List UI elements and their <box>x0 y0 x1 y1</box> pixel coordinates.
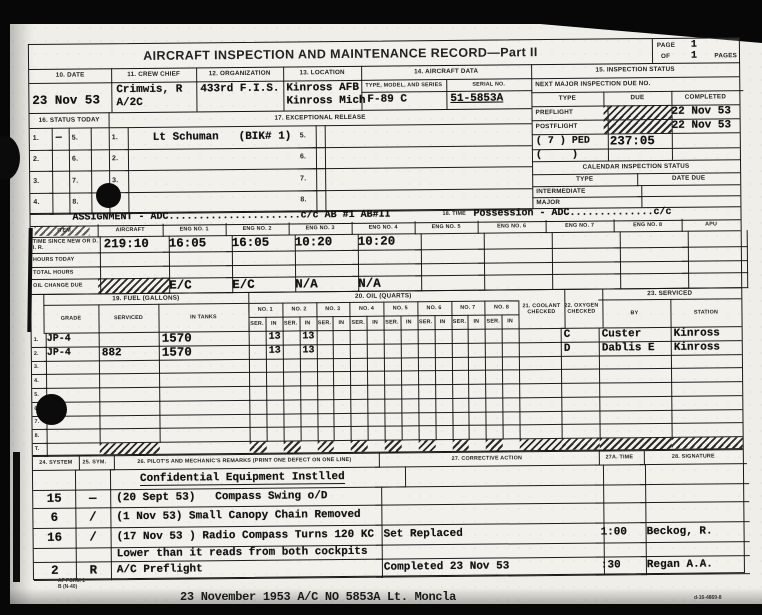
oil-qty-cell <box>266 386 284 401</box>
oil-sub-in: IN <box>299 316 317 331</box>
oil-qty-cell: 13 <box>299 330 317 345</box>
oil-qty-cell <box>486 397 504 412</box>
oil-qty-cell <box>266 413 284 428</box>
oil-qty-cell <box>485 342 503 357</box>
signature-cell-value: Beckog, R. <box>647 525 713 538</box>
inspection-status-block: 15. INSPECTION STATUS NEXT MAJOR INSPECT… <box>531 62 740 208</box>
system-cell-value: 2 <box>51 564 59 578</box>
time-value-cell <box>614 231 689 249</box>
form-title: AIRCRAFT INSPECTION AND MAINTENANCE RECO… <box>143 45 538 63</box>
organization-cell: 433rd F.I.S. <box>196 81 284 112</box>
form-number: AF FORM 1 B (N-40) <box>58 578 85 590</box>
sym-cell-value: R <box>90 563 98 577</box>
oil-qty-cell <box>503 411 521 426</box>
oil-qty-cell <box>502 397 520 412</box>
oil-qty-cell <box>317 399 335 414</box>
crew-chief-name: Crimwis, R <box>116 84 182 97</box>
corrective-cell-value: Completed 23 Nov 53 <box>384 560 510 573</box>
of-label: OF <box>661 53 670 60</box>
crew-chief-rank: A/2C <box>116 97 143 109</box>
oil-qty-cell <box>435 411 453 426</box>
fuel-in-tanks-cell-value: 1570 <box>159 345 192 359</box>
service-total-hatch <box>600 438 672 450</box>
signature-cell <box>640 483 749 503</box>
oil-sub-ser: SER. <box>451 315 469 330</box>
fuel-grade-cell-value: JP-4 <box>44 348 71 359</box>
oil-qty-cell <box>400 329 418 344</box>
coolant-header: 21. COOLANT CHECKED <box>518 290 565 329</box>
footer-caption: 23 November 1953 A/C NO 5853A Lt. Moncla <box>180 590 456 604</box>
serviced-col-by: BY <box>598 299 671 329</box>
oxygen-cell-value: C <box>561 329 571 341</box>
oil-qty-cell <box>435 425 453 440</box>
oxygen-header: 22. OXYGEN CHECKED <box>560 290 603 329</box>
time-value-cell <box>478 232 553 250</box>
oil-qty-cell <box>384 343 402 358</box>
signature-cell: Regan A.A. <box>641 555 750 575</box>
sym-cell <box>76 547 112 562</box>
oil-qty-cell <box>418 412 436 427</box>
oil-sub-ser: SER. <box>248 317 266 332</box>
oil-qty-cell <box>401 412 419 427</box>
oil-qty-cell <box>317 413 335 428</box>
oil-qty-cell <box>401 357 419 372</box>
time-value: N/A <box>358 276 381 290</box>
oil-engine-header: NO. 8 <box>485 300 520 315</box>
oil-qty-cell <box>434 329 452 344</box>
oil-qty-cell <box>452 384 470 399</box>
serviced-by-cell-value: Custer <box>599 328 642 340</box>
status-cell-mark <box>49 171 70 194</box>
fuel-serviced-cell-value: 882 <box>99 347 122 359</box>
oil-qty-cell <box>384 371 402 386</box>
oil-engine-header: NO. 3 <box>316 302 351 317</box>
sym-cell: / <box>75 527 111 548</box>
oil-qty-cell: 13 <box>265 331 283 346</box>
oil-qty-cell <box>401 426 419 441</box>
oil-qty-cell <box>367 357 385 372</box>
oil-qty-cell <box>485 383 503 398</box>
oil-sub-in: IN <box>367 316 385 331</box>
oil-qty-cell <box>384 398 402 413</box>
ink-streak-2 <box>13 452 20 582</box>
oil-qty-cell <box>451 343 469 358</box>
oil-qty-cell <box>384 384 402 399</box>
oil-qty-cell <box>469 384 487 399</box>
sym-cell-value: — <box>89 491 97 505</box>
oil-qty-cell <box>452 370 470 385</box>
crew-chief-cell: Crimwis, R A/2C <box>111 81 197 112</box>
oil-qty-cell <box>300 427 318 442</box>
oil-left-border <box>247 293 249 331</box>
oil-qty-cell <box>468 329 486 344</box>
oil-qty-cell <box>486 425 504 440</box>
fuel-grade-cell-value: JP-4 <box>44 334 71 345</box>
oil-qty-cell <box>469 425 487 440</box>
service-total-hatch <box>562 439 600 450</box>
oil-qty-cell <box>485 328 503 343</box>
organization-value: 433rd F.I.S. <box>200 83 279 96</box>
time-col-item-stamp <box>35 225 90 236</box>
oil-qty-cell <box>250 427 268 442</box>
oil-qty-cell <box>249 399 267 414</box>
time-value: 16:05 <box>232 236 270 250</box>
inspection-completed-value: 22 Nov 53 <box>672 119 732 132</box>
service-total-hatch <box>672 437 743 449</box>
location-cell: Kinross AFB Kinross Mich <box>283 80 362 111</box>
sym-cell-value: / <box>89 530 97 544</box>
oil-qty-cell <box>317 426 335 441</box>
oil-qty-cell <box>503 425 521 440</box>
service-total-hatch <box>486 439 503 450</box>
oil-qty-cell <box>249 331 267 346</box>
oil-qty-cell <box>367 371 385 386</box>
oil-qty-cell <box>351 399 369 414</box>
oil-qty-cell <box>417 329 435 344</box>
oil-qty-cell <box>367 385 385 400</box>
status-cell-mark <box>49 149 70 172</box>
scanned-maintenance-record: { "title_bar": { "title": "AIRCRAFT INSP… <box>0 0 762 615</box>
oil-qty-cell <box>282 330 300 345</box>
system-cell-value: 6 <box>51 511 59 525</box>
oil-qty-cell <box>316 330 334 345</box>
service-total-hatch <box>250 442 267 453</box>
oil-qty-cell <box>418 425 436 440</box>
oil-sub-in: IN <box>502 314 520 329</box>
oil-qty-cell <box>266 372 284 387</box>
time-value: 10:20 <box>358 235 396 249</box>
remark-cell-value: Confidential Equipment Instlled <box>140 471 345 486</box>
time-value-cell <box>546 231 621 249</box>
time-table: ITEMAIRCRAFTENG NO. 1ENG NO. 2ENG NO. 3E… <box>31 218 742 294</box>
oil-qty-cell <box>418 370 436 385</box>
oil-qty-cell <box>367 398 385 413</box>
time-cell-value: 1:00 <box>601 526 628 538</box>
oil-qty-cell <box>468 356 486 371</box>
time-value: E/C <box>232 277 255 291</box>
oil-qty-cell <box>469 411 487 426</box>
oil-qty-cell <box>266 427 284 442</box>
time-cell <box>595 484 646 503</box>
oil-qty-cell <box>368 412 386 427</box>
oil-qty-cell <box>333 371 351 386</box>
oil-sub-in: IN <box>434 315 452 330</box>
release-text <box>125 147 326 171</box>
time-value-cell <box>682 230 748 248</box>
oil-qty-cell <box>469 397 487 412</box>
oil-sub-ser: SER. <box>316 316 334 331</box>
oil-qty-cell <box>351 412 369 427</box>
oil-qty-cell-value: 13 <box>266 332 281 343</box>
oil-qty-cell <box>283 358 301 373</box>
system-cell <box>33 470 76 491</box>
status-cell-mark: — <box>49 128 70 151</box>
fuel-col-in-tanks: IN TANKS <box>158 303 249 333</box>
signature-cell <box>640 463 749 485</box>
serial-value: 51-5853A <box>450 92 503 105</box>
system-cell: 6 <box>33 508 76 529</box>
oil-qty-cell <box>434 356 452 371</box>
oil-qty-cell <box>317 385 335 400</box>
service-total-hatch <box>452 440 469 451</box>
oil-qty-cell <box>367 330 385 345</box>
signature-cell: Beckog, R. <box>640 521 749 543</box>
oil-qty-cell <box>249 372 267 387</box>
oxygen-cell-value: D <box>561 342 571 354</box>
oil-qty-cell <box>368 426 386 441</box>
oil-qty-cell <box>300 413 318 428</box>
oil-sub-in: IN <box>468 315 486 330</box>
oil-qty-cell <box>334 399 352 414</box>
service-total-hatch <box>385 440 402 451</box>
oil-qty-cell <box>418 384 436 399</box>
time-value: 10:20 <box>295 235 333 249</box>
ink-blot-status-cell <box>96 183 121 208</box>
page-box: PAGE 1 OF 1 PAGES <box>652 38 740 64</box>
service-total-hatch <box>317 441 334 452</box>
corrective-cell-value: Set Replaced <box>384 528 463 541</box>
form-number-line2: B (N-40) <box>58 584 85 590</box>
pages-total: 1 <box>691 51 697 62</box>
status-cell-blank <box>88 149 109 172</box>
oil-qty-cell <box>334 412 352 427</box>
time-value: 219:10 <box>104 237 149 251</box>
date-cell: 23 Nov 53 <box>29 82 112 113</box>
oil-qty-cell <box>452 411 470 426</box>
serviced-col-station: STATION <box>670 298 741 328</box>
oil-qty-cell <box>333 344 351 359</box>
remark-cell-value: Lower than it reads from both cockpits <box>117 546 368 560</box>
signature-cell <box>640 501 749 523</box>
oil-qty-cell <box>249 358 267 373</box>
oil-qty-cell <box>502 383 520 398</box>
oil-qty-cell <box>282 344 300 359</box>
sym-cell: — <box>75 489 111 508</box>
remark-cell: A/C Preflight <box>111 559 383 581</box>
serviced-station-cell-value: Kinross <box>671 327 720 339</box>
oil-engine-header: NO. 6 <box>417 301 452 316</box>
oil-qty-cell <box>334 385 352 400</box>
oil-qty-cell <box>434 343 452 358</box>
sym-cell: / <box>75 507 111 528</box>
oil-qty-cell <box>350 385 368 400</box>
time-value-cell: 10:20 <box>289 234 359 252</box>
oil-qty-cell <box>350 371 368 386</box>
date-value: 23 Nov 53 <box>32 93 100 108</box>
inspection-completed-value: 22 Nov 53 <box>671 105 731 118</box>
oil-qty-cell <box>300 385 318 400</box>
time-value-cell: 10:20 <box>352 233 422 251</box>
remarks-table: 24. SYSTEM25. SYM.26. PILOT'S AND MECHAN… <box>33 448 744 580</box>
location-value-1: Kinross AFB <box>286 82 359 95</box>
oil-engine-header: NO. 4 <box>350 302 385 317</box>
oil-engine-header: NO. 1 <box>248 303 283 318</box>
inspection-due-value: 237:05 <box>604 134 655 148</box>
oil-qty-cell <box>384 329 402 344</box>
oil-qty-cell <box>502 342 520 357</box>
servicing-table: 19. FUEL (GALLONS)GRADESERVICEDIN TANKS2… <box>31 287 743 456</box>
oil-sub-in: IN <box>333 316 351 331</box>
oil-engine-header: NO. 5 <box>383 301 418 316</box>
oil-qty-cell <box>401 343 419 358</box>
oil-qty-cell <box>485 356 503 371</box>
service-total-hatch <box>283 441 300 452</box>
oil-qty-cell <box>435 398 453 413</box>
oil-qty-cell <box>350 357 368 372</box>
time-value: E/C <box>169 278 192 292</box>
oil-qty-cell <box>249 344 267 359</box>
type-model-value: F-89 C <box>367 93 407 105</box>
time-value-cell <box>415 233 485 251</box>
remark-cell-value: A/C Preflight <box>117 563 203 576</box>
oil-qty-cell <box>502 356 520 371</box>
oil-sub-ser: SER. <box>282 316 300 331</box>
page-label: PAGE <box>657 42 675 49</box>
oil-engine-header: NO. 7 <box>451 301 486 316</box>
oil-qty-cell <box>486 411 504 426</box>
oil-qty-cell <box>502 370 520 385</box>
sym-cell-value: / <box>89 510 97 524</box>
oil-qty-cell <box>401 371 419 386</box>
oil-qty-cell <box>452 425 470 440</box>
location-value-2: Kinross Mich <box>286 95 365 108</box>
serviced-by-cell-value: Dablis E <box>599 342 655 355</box>
oil-qty-cell <box>401 384 419 399</box>
remark-cell-value: (17 Nov 53 ) Radio Compass Turns 120 KC <box>117 529 375 543</box>
oil-qty-cell <box>452 398 470 413</box>
oil-qty-cell-value: 13 <box>266 346 281 357</box>
oil-qty-cell <box>468 342 486 357</box>
oil-qty-cell <box>316 358 334 373</box>
oil-qty-cell <box>418 357 436 372</box>
time-row-label: TIME SINCE NEW OR D. I. R. <box>31 236 101 254</box>
oil-qty-cell <box>435 370 453 385</box>
time-value-cell: 219:10 <box>98 236 170 254</box>
exceptional-release-block: 17. EXCEPTIONAL RELEASE 1.Lt Schuman (BI… <box>109 108 534 213</box>
oil-qty-cell <box>283 399 301 414</box>
oil-qty-cell <box>502 328 520 343</box>
oil-qty-cell <box>283 413 301 428</box>
oil-sub-ser: SER. <box>417 315 435 330</box>
oil-qty-cell <box>266 399 284 414</box>
oil-qty-cell <box>316 344 334 359</box>
oil-qty-cell <box>451 329 469 344</box>
service-total-hatch <box>520 439 562 450</box>
oil-qty-cell <box>249 386 267 401</box>
page-number: 1 <box>691 40 697 51</box>
time-cell <box>595 502 646 523</box>
serial-cell: 51-5853A <box>446 90 532 109</box>
print-code: d-16-4869-8 <box>694 595 722 601</box>
release-text <box>125 168 326 192</box>
oil-qty-cell <box>384 357 402 372</box>
oil-qty-cell <box>249 413 267 428</box>
time-cell: 1:00 <box>595 522 646 543</box>
oil-qty-cell: 13 <box>299 344 317 359</box>
fuel-in-tanks-cell-value: 1570 <box>159 331 192 345</box>
oil-qty-cell <box>350 330 368 345</box>
oil-qty-cell <box>333 357 351 372</box>
oil-qty-cell <box>468 370 486 385</box>
system-cell: 16 <box>34 528 77 549</box>
oil-qty-cell <box>300 372 318 387</box>
status-cell-mark <box>49 192 70 215</box>
oil-sub-in: IN <box>400 315 418 330</box>
signature-cell-value: Regan A.A. <box>647 558 713 571</box>
time-value: 16:05 <box>169 236 207 250</box>
oil-qty-cell <box>283 385 301 400</box>
oil-qty-cell <box>384 412 402 427</box>
corrective-cell: Completed 23 Nov 53 <box>376 557 605 578</box>
time-cell: :30 <box>596 556 647 575</box>
oil-qty-cell <box>367 343 385 358</box>
oil-qty-cell <box>300 358 318 373</box>
time-value-cell: 16:05 <box>163 235 233 253</box>
oil-qty-cell <box>351 426 369 441</box>
type-model-cell: F-89 C <box>361 91 447 110</box>
remark-cell-value: (1 Nov 53) Small Canopy Chain Removed <box>116 509 360 523</box>
oil-qty-cell <box>401 398 419 413</box>
oil-sub-ser: SER. <box>485 314 503 329</box>
oil-engine-header: NO. 2 <box>282 302 317 317</box>
service-total-hatch <box>418 440 435 451</box>
oil-qty-cell <box>300 399 318 414</box>
time-cell <box>595 464 646 485</box>
oil-qty-cell: 13 <box>266 344 284 359</box>
oil-qty-cell <box>266 358 284 373</box>
oil-qty-cell <box>317 371 335 386</box>
time-value: N/A <box>295 277 318 291</box>
form-table: AIRCRAFT INSPECTION AND MAINTENANCE RECO… <box>28 37 745 580</box>
sym-cell <box>75 469 111 490</box>
oil-qty-cell <box>485 370 503 385</box>
oil-qty-cell <box>350 344 368 359</box>
pages-label: PAGES <box>714 52 737 59</box>
service-total-hatch <box>351 441 368 452</box>
oil-qty-cell <box>451 356 469 371</box>
oil-qty-cell <box>283 427 301 442</box>
possession-typed: Possession - ADC..............c/c <box>473 207 671 220</box>
oil-qty-cell-value: 13 <box>299 345 314 356</box>
oil-sub-ser: SER. <box>383 315 401 330</box>
oil-sub-ser: SER. <box>350 316 368 331</box>
oil-qty-cell <box>385 426 403 441</box>
oil-qty-cell <box>417 343 435 358</box>
system-cell-value: 15 <box>47 492 62 506</box>
ink-blot-fuel-rows <box>36 394 67 425</box>
oil-sub-in: IN <box>265 317 283 332</box>
fuel-col-grade: GRADE <box>43 304 99 334</box>
serviced-station-cell-value: Kinross <box>671 341 720 353</box>
status-cell-blank <box>88 127 109 150</box>
oil-qty-cell <box>435 384 453 399</box>
system-cell: 15 <box>33 490 76 509</box>
oil-qty-cell <box>333 330 351 345</box>
time-value-cell: 16:05 <box>226 234 296 252</box>
service-total-hatch <box>100 443 160 455</box>
calendar-cell-empty <box>637 184 740 197</box>
oil-qty-cell <box>418 398 436 413</box>
oil-qty-cell <box>283 372 301 387</box>
time-section-label: 18. TIME <box>442 211 466 217</box>
system-cell-value: 16 <box>47 531 62 545</box>
oil-qty-cell <box>334 426 352 441</box>
time-cell-value: :30 <box>601 559 621 571</box>
fuel-col-serviced: SERVICED <box>98 304 159 334</box>
release-text: Lt Schuman (BIK# 1) <box>125 125 326 149</box>
remark-cell-value: (20 Sept 53) Compass Swing o/D <box>116 490 327 504</box>
oil-qty-cell-value: 13 <box>299 332 314 343</box>
